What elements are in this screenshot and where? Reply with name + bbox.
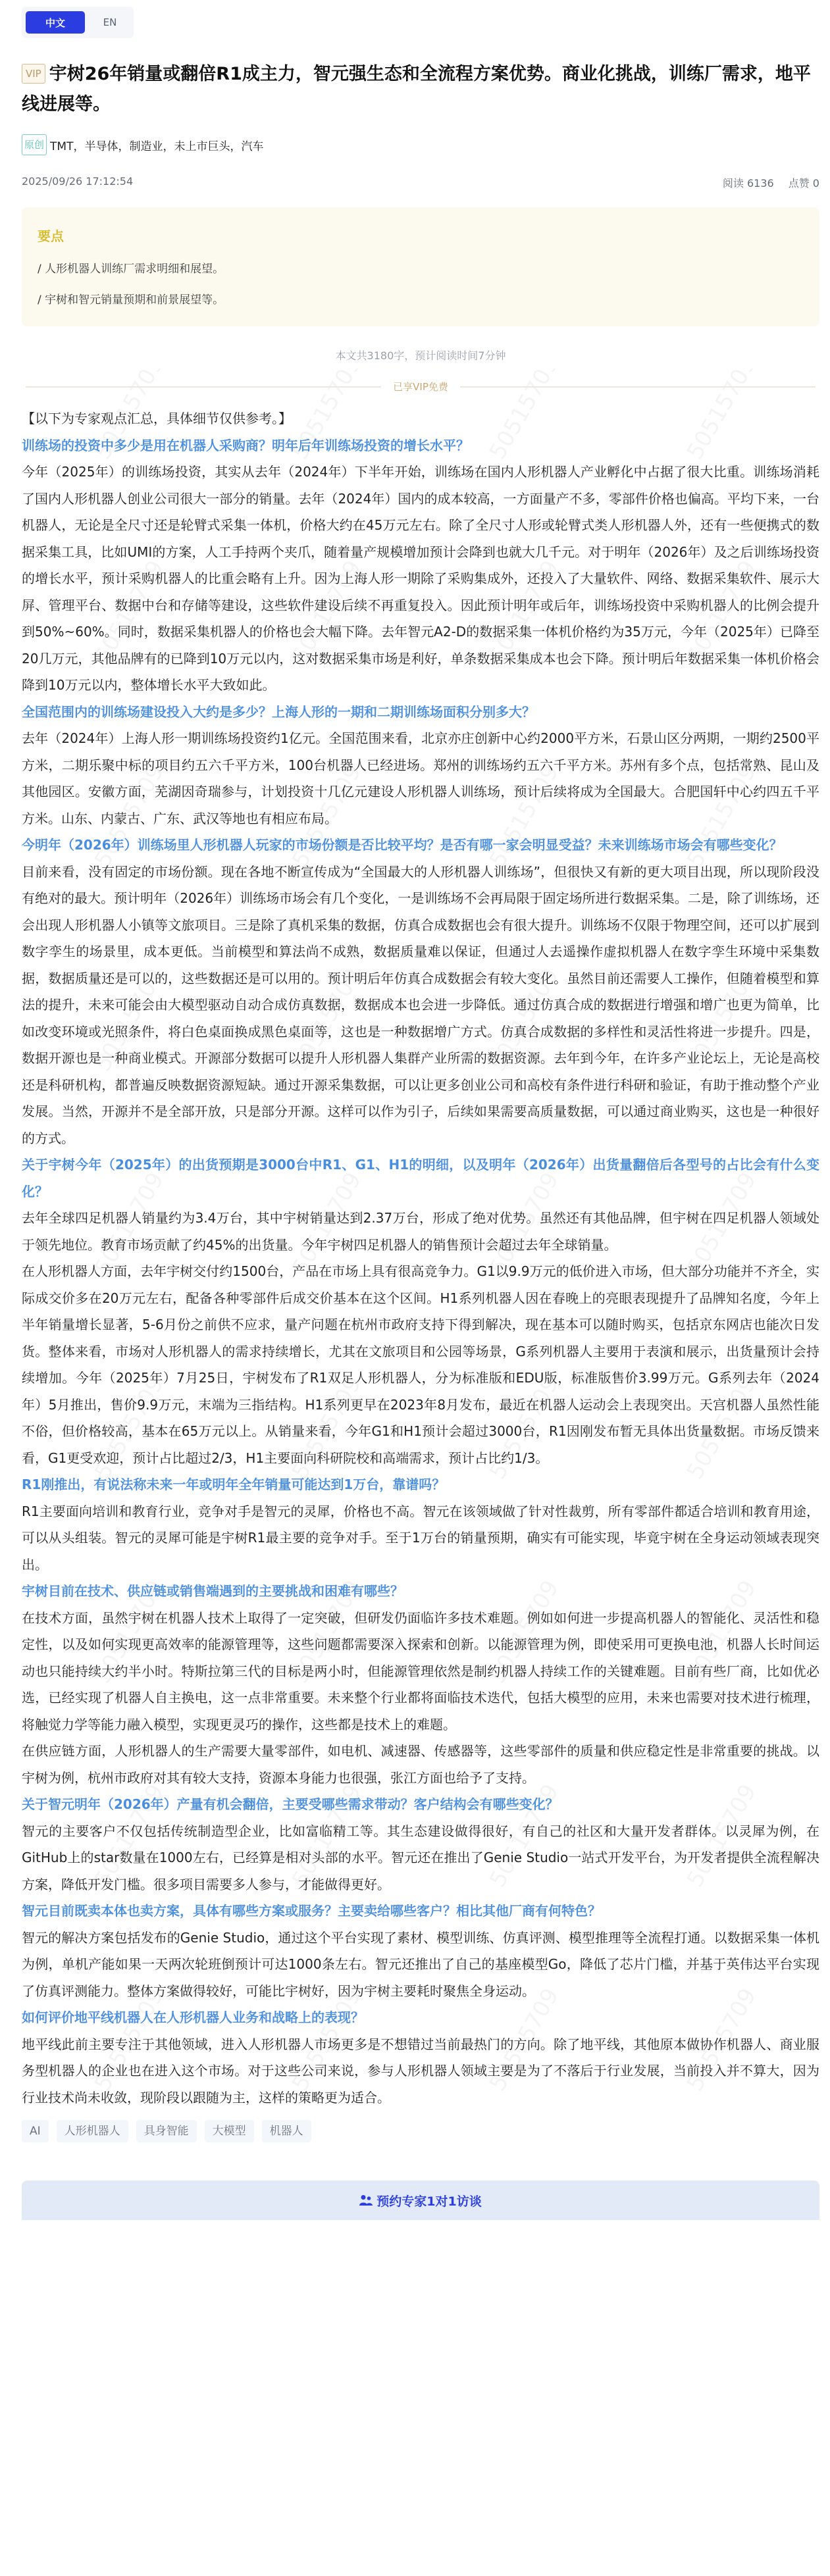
tag-list: AI 人形机器人 具身智能 大模型 机器人 xyxy=(22,2120,819,2142)
publish-datetime: 2025/09/26 17:12:54 xyxy=(22,175,133,190)
language-toggle: 中文 EN xyxy=(22,7,134,38)
like-count[interactable]: 点赞 0 xyxy=(789,177,819,189)
vip-badge: VIP xyxy=(22,64,45,84)
answer-paragraph: 在技术方面，虽然宇树在机器人技术上取得了一定突破，但研发仍面临许多技术难题。例如… xyxy=(22,1605,819,1738)
original-badge: 原创 xyxy=(22,134,47,155)
read-count: 阅读 6136 xyxy=(723,177,774,189)
question-heading: 关于宇树今年（2025年）的出货预期是3000台中R1、G1、H1的明细，以及明… xyxy=(22,1151,819,1205)
article-title: 宇树26年销量或翻倍R1成主力，智元强生态和全流程方案优势。商业化挑战，训练厂需… xyxy=(22,64,811,114)
key-points-box: 要点 / 人形机器人训练厂需求明细和展望。 / 宇树和智元销量预期和前景展望等。 xyxy=(22,207,819,326)
question-heading: 如何评价地平线机器人在人形机器人业务和战略上的表现？ xyxy=(22,2004,819,2031)
answer-paragraph: 在供应链方面，人形机器人的生产需要大量零部件，如电机、减速器、传感器等，这些零部… xyxy=(22,1738,819,1791)
lang-zh-button[interactable]: 中文 xyxy=(26,11,85,34)
question-heading: R1刚推出，有说法称未来一年或明年全年销量可能达到1万台，靠谱吗？ xyxy=(22,1471,819,1498)
question-heading: 关于智元明年（2026年）产量有机会翻倍，主要受哪些需求带动？客户结构会有哪些变… xyxy=(22,1791,819,1818)
article-page: 中文 EN VIP宇树26年销量或翻倍R1成主力，智元强生态和全流程方案优势。商… xyxy=(0,0,830,2220)
reading-info: 本文共3180字，预计阅读时间7分钟 xyxy=(22,347,819,363)
question-heading: 全国范围内的训练场建设投入大约是多少？上海人形的一期和二期训练场面积分别多大？ xyxy=(22,699,819,726)
key-points-title: 要点 xyxy=(38,226,804,245)
article-body: 【以下为专家观点汇总，具体细节仅供参考。】 训练场的投资中多少是用在机器人采购商… xyxy=(22,405,819,2111)
tag-robot[interactable]: 机器人 xyxy=(262,2120,311,2142)
answer-paragraph: 智元的解决方案包括发布的Genie Studio，通过这个平台实现了素材、模型训… xyxy=(22,1925,819,2005)
answer-paragraph: 智元的主要客户不仅包括传统制造型企业，比如富临精工等。其生态建设做得很好，有自己… xyxy=(22,1818,819,1898)
key-point-item: / 人形机器人训练厂需求明细和展望。 xyxy=(38,259,804,276)
vip-divider: 已享VIP免费 xyxy=(26,380,816,393)
tag-embodied-ai[interactable]: 具身智能 xyxy=(136,2120,197,2142)
question-heading: 训练场的投资中多少是用在机器人采购商？明年后年训练场投资的增长水平？ xyxy=(22,432,819,459)
answer-paragraph: 地平线此前主要专注于其他领域，进入人形机器人市场更多是不想错过当前最热门的方向。… xyxy=(22,2031,819,2111)
answer-paragraph: 去年（2024年）上海人形一期训练场投资约1亿元。全国范围来看，北京亦庄创新中心… xyxy=(22,725,819,832)
article-blocks: 训练场的投资中多少是用在机器人采购商？明年后年训练场投资的增长水平？今年（202… xyxy=(22,432,819,2111)
question-heading: 智元目前既卖本体也卖方案，具体有哪些方案或服务？主要卖给哪些客户？相比其他厂商有… xyxy=(22,1898,819,1925)
tag-humanoid-robot[interactable]: 人形机器人 xyxy=(57,2120,128,2142)
book-expert-label: 预约专家1对1访谈 xyxy=(376,2192,481,2210)
category-row: 原创 TMT，半导体，制造业，未上市巨头，汽车 xyxy=(22,134,819,155)
article-title-row: VIP宇树26年销量或翻倍R1成主力，智元强生态和全流程方案优势。商业化挑战，训… xyxy=(22,59,819,120)
tag-large-model[interactable]: 大模型 xyxy=(205,2120,254,2142)
vip-free-label: 已享VIP免费 xyxy=(381,380,460,393)
answer-paragraph: 去年全球四足机器人销量约为3.4万台，其中宇树销量达到2.37万台，形成了绝对优… xyxy=(22,1205,819,1258)
answer-paragraph: 今年（2025年）的训练场投资，其实从去年（2024年）下半年开始，训练场在国内… xyxy=(22,459,819,699)
divider-line xyxy=(26,386,381,388)
answer-paragraph: R1主要面向培训和教育行业，竞争对手是智元的灵犀，价格也不高。智元在该领域做了针… xyxy=(22,1498,819,1578)
users-icon xyxy=(359,2194,373,2206)
stats: 阅读 6136点赞 0 xyxy=(723,175,819,190)
article-intro: 【以下为专家观点汇总，具体细节仅供参考。】 xyxy=(22,405,819,432)
lang-en-button[interactable]: EN xyxy=(90,11,130,34)
answer-paragraph: 目前来看，没有固定的市场份额。现在各地不断宣传成为“全国最大的人形机器人训练场”… xyxy=(22,859,819,1152)
question-heading: 今明年（2026年）训练场里人形机器人玩家的市场份额是否比较平均？是否有哪一家会… xyxy=(22,832,819,859)
categories: TMT，半导体，制造业，未上市巨头，汽车 xyxy=(50,137,263,153)
key-point-item: / 宇树和智元销量预期和前景展望等。 xyxy=(38,290,804,307)
book-expert-button[interactable]: 预约专家1对1访谈 xyxy=(22,2181,819,2220)
answer-paragraph: 在人形机器人方面，去年宇树交付约1500台，产品在市场上具有很高竞争力。G1以9… xyxy=(22,1258,819,1471)
divider-line xyxy=(460,386,816,388)
tag-ai[interactable]: AI xyxy=(22,2120,49,2142)
question-heading: 宇树目前在技术、供应链或销售端遇到的主要挑战和困难有哪些？ xyxy=(22,1578,819,1605)
meta-row: 2025/09/26 17:12:54 阅读 6136点赞 0 xyxy=(22,175,819,190)
